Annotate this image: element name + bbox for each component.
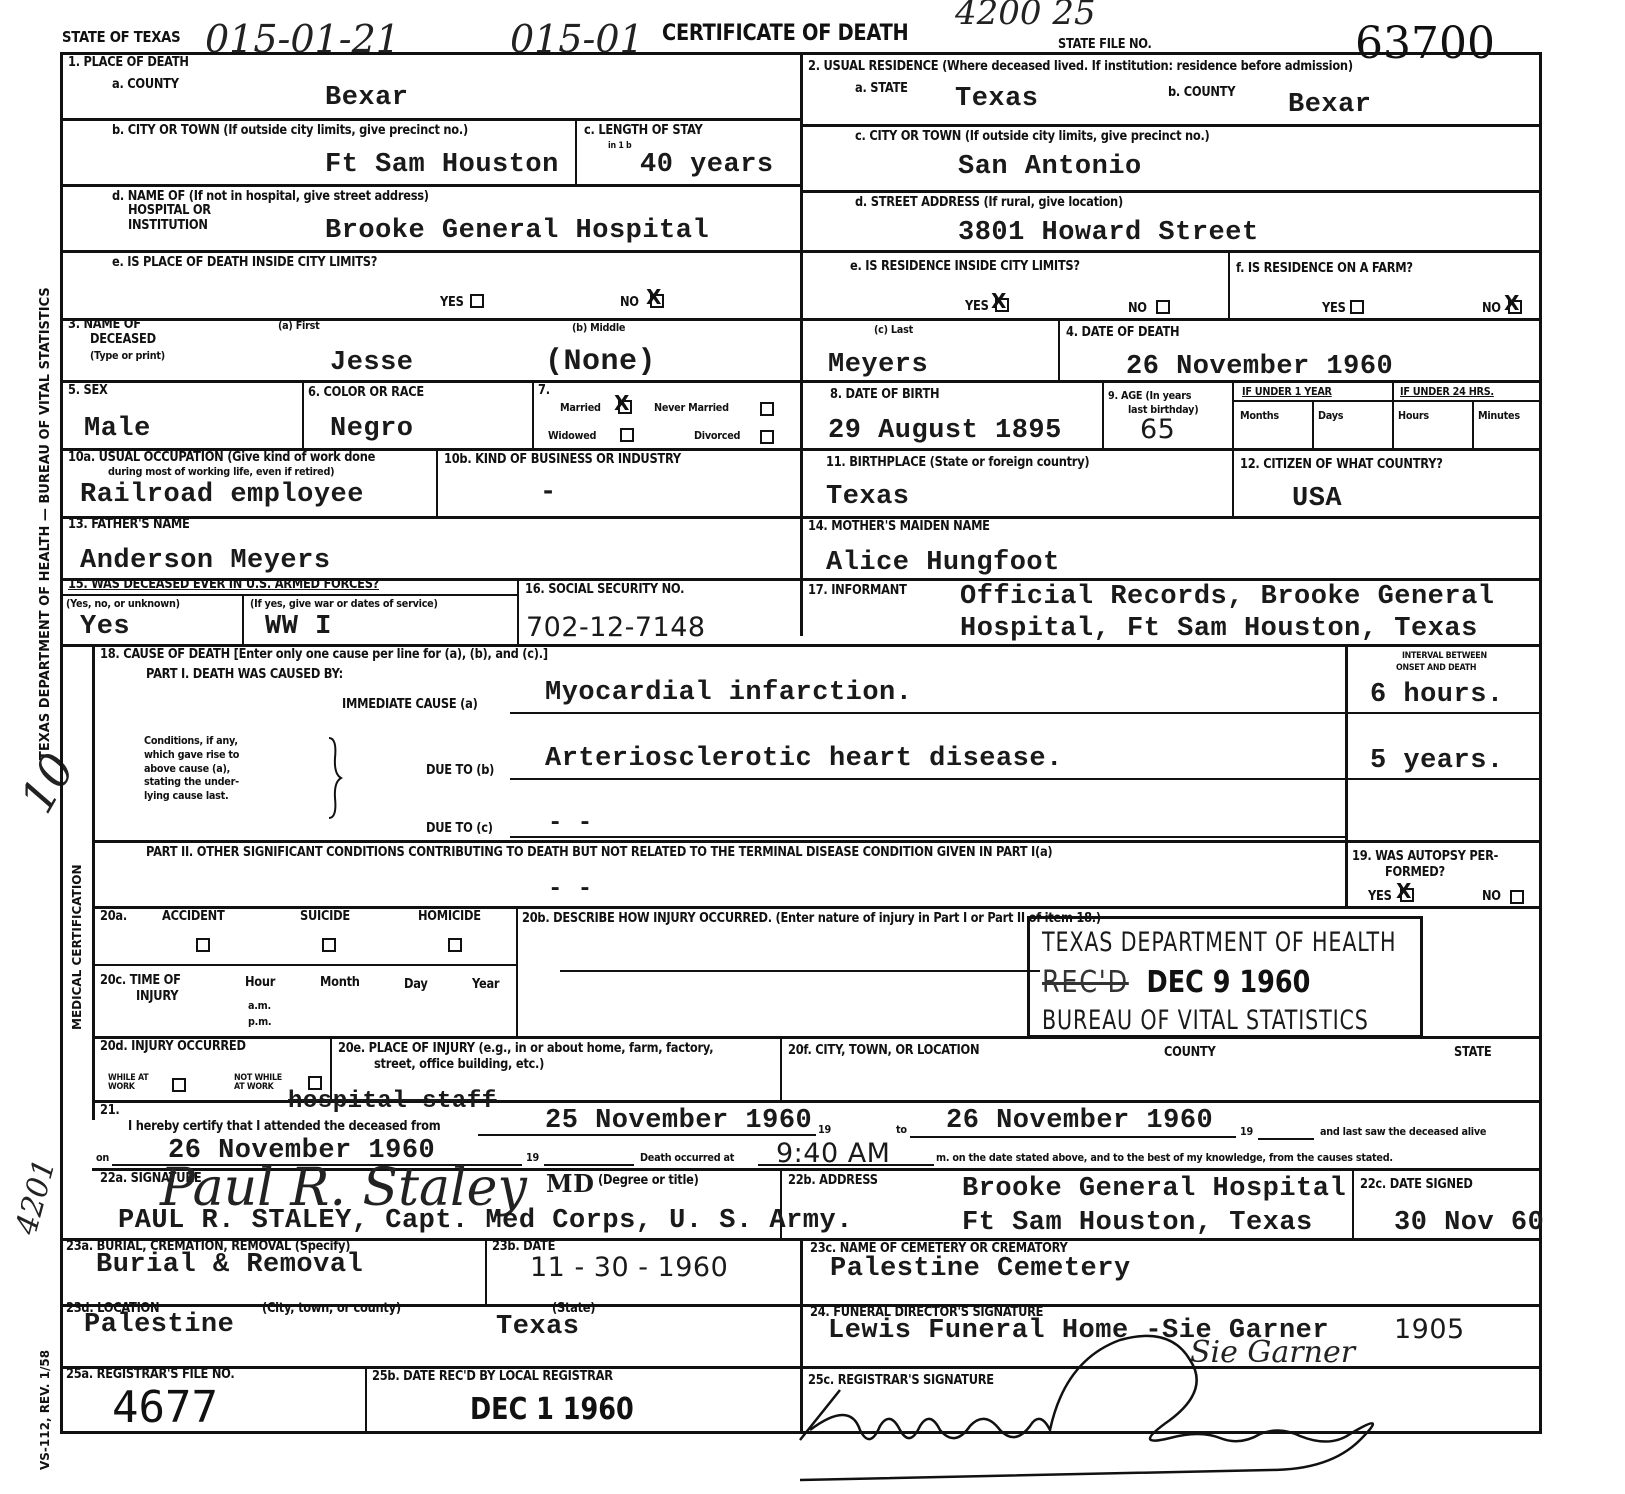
hospital-label-2: HOSPITAL OR <box>128 204 211 218</box>
suicide-checkbox[interactable] <box>322 938 336 952</box>
conditions-note-line: Conditions, if any, <box>144 734 239 748</box>
occupation-label-2: during most of working life, even if ret… <box>108 466 334 478</box>
conditions-note: Conditions, if any, which gave rise to a… <box>144 734 252 803</box>
injury-month-label: Month <box>320 976 360 990</box>
date-recd-label: 25b. DATE REC'D BY LOCAL REGISTRAR <box>372 1370 613 1384</box>
accident-label: ACCIDENT <box>162 910 224 924</box>
conditions-note-line: stating the under- <box>144 775 239 789</box>
nineteen-label-1: 19 <box>818 1124 831 1136</box>
burial-type-value: Burial & Removal <box>96 1252 363 1279</box>
certify-text: I hereby certify that I attended the dec… <box>128 1120 440 1134</box>
immediate-cause-label: IMMEDIATE CAUSE (a) <box>342 698 478 712</box>
injury-am-label: a.m. <box>248 1000 271 1012</box>
ssn-label: 16. SOCIAL SECURITY NO. <box>525 583 684 597</box>
burial-location-sub: (City, town, or county) <box>262 1302 401 1316</box>
brace-icon <box>325 738 345 818</box>
degree-value: MD <box>546 1172 594 1196</box>
stamp-date: DEC 9 1960 <box>1147 965 1311 1000</box>
mother-value: Alice Hungfoot <box>826 550 1060 577</box>
middle-name-value: (None) <box>545 347 656 377</box>
age-label-1: 9. AGE (In years <box>1108 390 1191 402</box>
injury-time-label-2: INJURY <box>136 990 178 1004</box>
due-to-b-value: Arteriosclerotic heart disease. <box>545 746 1063 773</box>
armed-yn-value: Yes <box>80 614 130 641</box>
accident-checkbox[interactable] <box>196 938 210 952</box>
immediate-interval-value: 6 hours. <box>1370 682 1504 709</box>
degree-label: (Degree or title) <box>598 1174 699 1188</box>
under-24-hrs-label: IF UNDER 24 HRS. <box>1400 386 1494 398</box>
injury-time-label-1: 20c. TIME OF <box>100 974 181 988</box>
handwritten-mark-2: 4201 <box>12 1156 61 1238</box>
middle-name-label: (b) Middle <box>572 322 625 334</box>
death-city-value: Ft Sam Houston <box>325 152 559 179</box>
length-of-stay-sub: in 1 b <box>608 142 631 151</box>
due-to-c-label: DUE TO (c) <box>426 822 493 836</box>
farm-no-checkbox[interactable] <box>1508 300 1522 314</box>
armed-war-label: (If yes, give war or dates of service) <box>250 598 438 610</box>
autopsy-label-1: 19. WAS AUTOPSY PER- <box>1352 850 1498 864</box>
age-value: 65 <box>1140 416 1175 443</box>
residence-city-value: San Antonio <box>958 154 1142 181</box>
ssn-value: 702-12-7148 <box>526 614 706 641</box>
armed-forces-label: 15. WAS DECEASED EVER IN U.S. ARMED FORC… <box>68 578 379 592</box>
state-file-label: STATE FILE NO. <box>1058 38 1152 52</box>
medical-cert-inner-border <box>92 644 95 1120</box>
hospital-label-3: INSTITUTION <box>128 219 208 233</box>
residence-street-value: 3801 Howard Street <box>958 220 1259 247</box>
conditions-note-line: which gave rise to <box>144 748 239 762</box>
date-recd-value: DEC 1 1960 <box>470 1392 634 1427</box>
death-occurred-label: Death occurred at <box>640 1152 734 1164</box>
date-of-death-value: 26 November 1960 <box>1126 354 1393 381</box>
minutes-label: Minutes <box>1478 410 1520 422</box>
cemetery-value: Palestine Cemetery <box>830 1256 1131 1283</box>
certificate-title: CERTIFICATE OF DEATH <box>662 22 908 45</box>
last-saw-text: and last saw the deceased alive <box>1320 1126 1486 1138</box>
citizen-label: 12. CITIZEN OF WHAT COUNTRY? <box>1240 458 1443 472</box>
autopsy-no-label: NO <box>1482 890 1501 904</box>
side-vertical-text: TEXAS DEPARTMENT OF HEALTH — BUREAU OF V… <box>38 287 53 760</box>
marital-married-label: Married <box>560 402 601 414</box>
deceased-name-label-1: 3. NAME OF <box>68 318 141 332</box>
deceased-name-label-2: DECEASED <box>90 333 156 347</box>
registrar-file-value: 4677 <box>112 1382 218 1433</box>
death-inside-no-checkbox[interactable] <box>650 294 664 308</box>
burial-location-city: Palestine <box>84 1312 234 1339</box>
on-label: on <box>96 1152 109 1164</box>
homicide-checkbox[interactable] <box>448 938 462 952</box>
residence-state-label: a. STATE <box>855 82 908 96</box>
birthplace-label: 11. BIRTHPLACE (State or foreign country… <box>826 456 1089 470</box>
center-divider <box>800 52 803 636</box>
death-county-value: Bexar <box>325 85 409 112</box>
handwritten-code-3: 4200 25 <box>955 0 1096 30</box>
marital-never-married-label: Never Married <box>654 402 729 414</box>
interval-label-1: INTERVAL BETWEEN <box>1402 652 1487 661</box>
death-city-label: b. CITY OR TOWN (If outside city limits,… <box>112 124 468 138</box>
date-of-death-label: 4. DATE OF DEATH <box>1066 326 1179 340</box>
autopsy-label-2: FORMED? <box>1385 866 1445 880</box>
informant-line-1: Official Records, Brooke General <box>960 584 1494 611</box>
residence-state-value: Texas <box>955 86 1039 113</box>
informant-line-2: Hospital, Ft Sam Houston, Texas <box>960 616 1478 643</box>
first-name-value: Jesse <box>330 350 414 377</box>
dob-value: 29 August 1895 <box>828 418 1062 445</box>
death-county-label: a. COUNTY <box>112 78 179 92</box>
injury-type-label: 20a. <box>100 910 127 924</box>
residence-county-value: Bexar <box>1288 92 1372 119</box>
due-to-b-interval-value: 5 years. <box>1370 748 1504 775</box>
deceased-name-label-3: (Type or print) <box>90 350 165 362</box>
informant-label: 17. INFORMANT <box>808 584 907 598</box>
injury-day-label: Day <box>404 978 428 992</box>
days-label: Days <box>1318 410 1343 422</box>
suicide-label: SUICIDE <box>300 910 350 924</box>
physician-address-line-1: Brooke General Hospital <box>962 1176 1346 1203</box>
length-of-stay-value: 40 years <box>640 152 774 179</box>
autopsy-yes-label: YES <box>1368 890 1392 904</box>
injury-place-label-1: 20e. PLACE OF INJURY (e.g., in or about … <box>338 1042 713 1056</box>
part2-value: - - <box>548 878 593 902</box>
hospital-label-1: d. NAME OF (If not in hospital, give str… <box>112 190 429 204</box>
injury-city-label: 20f. CITY, TOWN, OR LOCATION <box>788 1044 979 1058</box>
physician-address-line-2: Ft Sam Houston, Texas <box>962 1210 1313 1237</box>
residence-inside-no-label: NO <box>1128 302 1147 316</box>
first-name-label: (a) First <box>278 320 319 332</box>
conditions-note-line: lying cause last. <box>144 789 239 803</box>
industry-value: - <box>540 480 557 507</box>
occupation-label-1: 10a. USUAL OCCUPATION (Give kind of work… <box>68 451 375 465</box>
birthplace-value: Texas <box>826 484 910 511</box>
registrar-signature-scribble <box>790 1330 1430 1494</box>
stamp-line-1: TEXAS DEPARTMENT OF HEALTH <box>1042 927 1396 958</box>
certification-typed-insert: hospital staff <box>288 1090 497 1114</box>
marital-divorced-label: Divorced <box>694 430 740 442</box>
received-stamp: TEXAS DEPARTMENT OF HEALTH REC'D DEC 9 1… <box>1027 916 1423 1038</box>
due-to-b-label: DUE TO (b) <box>426 764 494 778</box>
farm-yes-label: YES <box>1322 302 1346 316</box>
interval-label-2: ONSET AND DEATH <box>1396 664 1476 673</box>
injury-place-label-2: street, office building, etc.) <box>374 1058 544 1072</box>
residence-city-label: c. CITY OR TOWN (If outside city limits,… <box>855 130 1210 144</box>
stamp-line-3: BUREAU OF VITAL STATISTICS <box>1042 1005 1369 1036</box>
injury-pm-label: p.m. <box>248 1016 271 1028</box>
father-value: Anderson Meyers <box>80 548 331 575</box>
while-at-work-label: WHILE AT WORK <box>108 1074 152 1093</box>
burial-date-value: 11 - 30 - 1960 <box>530 1254 728 1281</box>
place-of-death-label: 1. PLACE OF DEATH <box>68 56 189 70</box>
nineteen-label-2: 19 <box>1240 1126 1253 1138</box>
hospital-value: Brooke General Hospital <box>325 218 709 245</box>
immediate-cause-value: Myocardial infarction. <box>545 680 912 707</box>
registrar-file-label: 25a. REGISTRAR'S FILE NO. <box>66 1368 234 1382</box>
death-time-value: 9:40 AM <box>776 1140 890 1167</box>
cause-label: 18. CAUSE OF DEATH [Enter only one cause… <box>100 648 548 662</box>
marital-never-married-checkbox[interactable] <box>760 402 774 416</box>
residence-inside-no-checkbox[interactable] <box>1156 300 1170 314</box>
last-name-value: Meyers <box>828 352 928 379</box>
autopsy-yes-checkbox[interactable] <box>1400 888 1414 902</box>
not-while-at-work-label: NOT WHILE AT WORK <box>234 1074 287 1093</box>
under-1-year-label: IF UNDER 1 YEAR <box>1242 386 1332 398</box>
hours-label: Hours <box>1398 410 1429 422</box>
burial-location-state: Texas <box>496 1314 580 1341</box>
marital-label: 7. <box>538 384 550 398</box>
physician-address-label: 22b. ADDRESS <box>788 1174 878 1188</box>
armed-yn-label: (Yes, no, or unknown) <box>66 598 180 610</box>
residence-county-label: b. COUNTY <box>1168 86 1235 100</box>
injury-describe-label: 20b. DESCRIBE HOW INJURY OCCURRED. (Ente… <box>522 912 1101 926</box>
signer-typed-name: PAUL R. STALEY, Capt. Med Corps, U. S. A… <box>118 1208 853 1235</box>
marital-widowed-checkbox[interactable] <box>620 428 634 442</box>
state-of-texas-label: STATE OF TEXAS <box>62 30 180 46</box>
homicide-label: HOMICIDE <box>418 910 481 924</box>
sex-value: Male <box>84 416 151 443</box>
autopsy-no-checkbox[interactable] <box>1510 890 1524 904</box>
injury-state-label: STATE <box>1454 1046 1491 1060</box>
sex-label: 5. SEX <box>68 384 108 398</box>
dob-label: 8. DATE OF BIRTH <box>830 388 939 402</box>
residence-inside-yes-checkbox[interactable] <box>995 298 1009 312</box>
injury-occurred-label: 20d. INJURY OCCURRED <box>100 1040 246 1054</box>
last-name-label: (c) Last <box>874 324 913 336</box>
mother-label: 14. MOTHER'S MAIDEN NAME <box>808 520 990 534</box>
farm-no-label: NO <box>1482 302 1501 316</box>
attended-from-date: 25 November 1960 <box>545 1108 812 1135</box>
due-to-c-value: - - <box>548 812 593 836</box>
to-label: to <box>896 1124 907 1136</box>
nineteen-label-3: 19 <box>526 1152 539 1164</box>
date-signed-value: 30 Nov 60 <box>1394 1210 1544 1237</box>
length-of-stay-label: c. LENGTH OF STAY <box>584 124 703 138</box>
death-inside-no-label: NO <box>620 296 639 310</box>
injury-hour-label: Hour <box>245 976 275 990</box>
marital-married-checkbox[interactable] <box>618 400 632 414</box>
stamp-date-line: REC'D DEC 9 1960 <box>1042 965 1310 1000</box>
form-number: VS-112, REV. 1/58 <box>38 1350 52 1470</box>
farm-yes-checkbox[interactable] <box>1350 300 1364 314</box>
death-inside-yes-label: YES <box>440 296 464 310</box>
injury-county-label: COUNTY <box>1164 1046 1215 1060</box>
part2-label: PART II. OTHER SIGNIFICANT CONDITIONS CO… <box>146 846 1052 860</box>
race-value: Negro <box>330 416 414 443</box>
date-signed-label: 22c. DATE SIGNED <box>1360 1178 1473 1192</box>
death-inside-yes-checkbox[interactable] <box>470 294 484 308</box>
residence-inside-limits-label: e. IS RESIDENCE INSIDE CITY LIMITS? <box>850 260 1080 274</box>
citizen-value: USA <box>1292 486 1342 513</box>
part1-label: PART I. DEATH WAS CAUSED BY: <box>146 668 343 682</box>
marital-divorced-checkbox[interactable] <box>760 430 774 444</box>
while-at-work-checkbox[interactable] <box>172 1078 186 1092</box>
race-label: 6. COLOR OR RACE <box>308 386 424 400</box>
residence-inside-yes-label: YES <box>965 300 989 314</box>
attended-to-date: 26 November 1960 <box>946 1108 1213 1135</box>
stated-text: m. on the date stated above, and to the … <box>936 1152 1393 1164</box>
residence-street-label: d. STREET ADDRESS (If rural, give locati… <box>855 196 1123 210</box>
father-label: 13. FATHER'S NAME <box>68 518 190 532</box>
industry-label: 10b. KIND OF BUSINESS OR INDUSTRY <box>444 453 681 467</box>
months-label: Months <box>1240 410 1279 422</box>
marital-widowed-label: Widowed <box>548 430 596 442</box>
stamp-received-label: REC'D <box>1042 965 1129 1000</box>
occupation-value: Railroad employee <box>80 482 364 509</box>
residence-farm-label: f. IS RESIDENCE ON A FARM? <box>1236 262 1413 276</box>
injury-year-label: Year <box>472 978 499 992</box>
certification-number: 21. <box>100 1104 119 1118</box>
conditions-note-line: above cause (a), <box>144 762 239 776</box>
armed-war-value: WW I <box>265 614 332 641</box>
residence-label: 2. USUAL RESIDENCE (Where deceased lived… <box>808 60 1353 74</box>
death-inside-limits-label: e. IS PLACE OF DEATH INSIDE CITY LIMITS? <box>112 256 377 270</box>
